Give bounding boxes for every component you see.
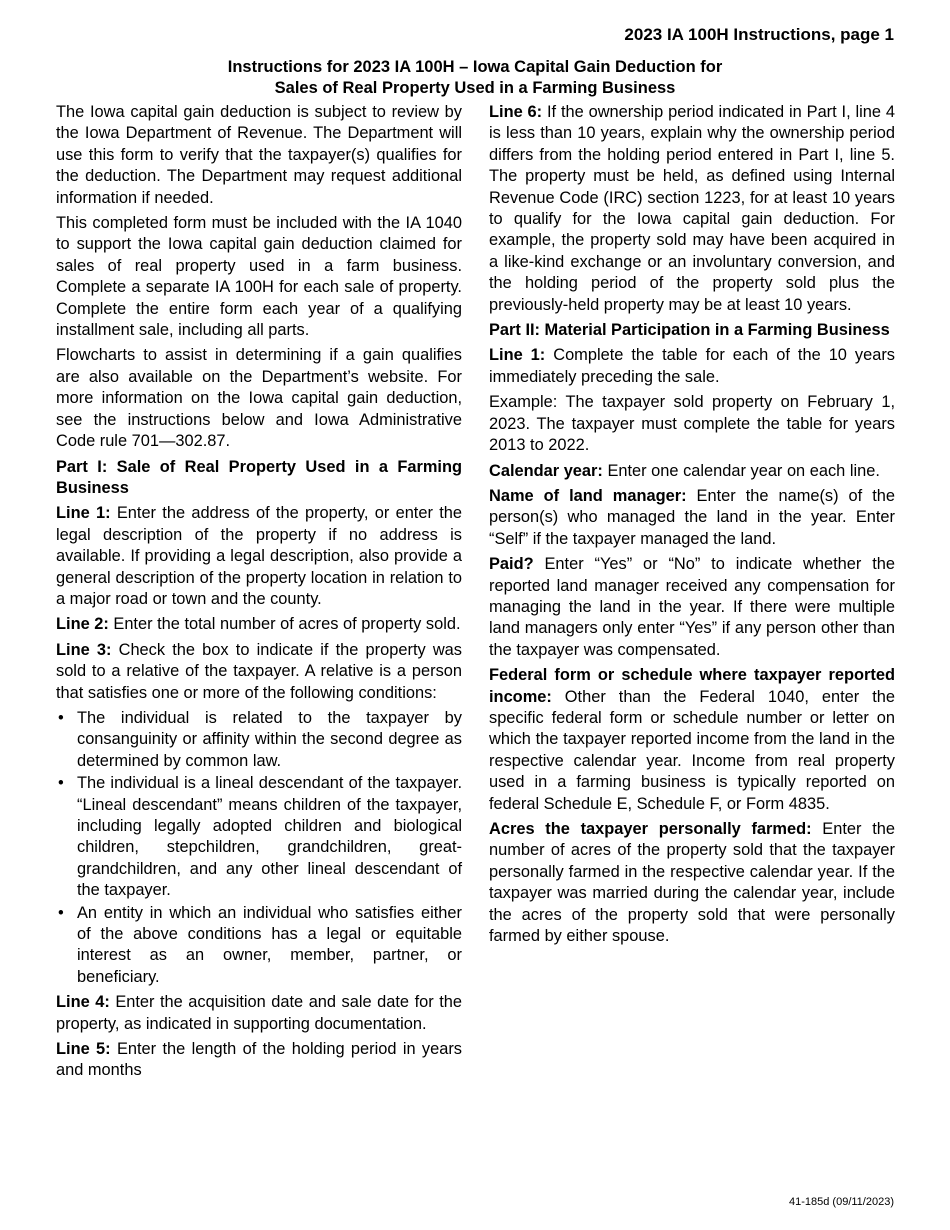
example-paragraph: Example: The taxpayer sold property on F… [489, 392, 895, 456]
line-label: Line 1: [56, 504, 111, 522]
list-item-text: The individual is a lineal descendant of… [77, 774, 462, 899]
line-text: Enter the address of the property, or en… [56, 504, 462, 608]
line-label: Line 2: [56, 615, 109, 633]
land-manager-instruction: Name of land manager: Enter the name(s) … [489, 486, 895, 550]
relative-conditions-list: • The individual is related to the taxpa… [56, 708, 462, 988]
line-label: Line 6: [489, 103, 542, 121]
field-label: Calendar year: [489, 462, 603, 480]
intro-paragraph-2: This completed form must be included wit… [56, 213, 462, 341]
line-text: Enter the acquisition date and sale date… [56, 993, 462, 1032]
line-text: Enter the total number of acres of prope… [109, 615, 461, 633]
part-1-line-4: Line 4: Enter the acquisition date and s… [56, 992, 462, 1035]
calendar-year-instruction: Calendar year: Enter one calendar year o… [489, 461, 895, 482]
document-title-line-1: Instructions for 2023 IA 100H – Iowa Cap… [0, 57, 950, 78]
federal-form-instruction: Federal form or schedule where taxpayer … [489, 665, 895, 815]
form-code-footer: 41-185d (09/11/2023) [789, 1195, 894, 1209]
acres-farmed-instruction: Acres the taxpayer personally farmed: En… [489, 819, 895, 947]
line-text: Enter the length of the holding period i… [56, 1040, 462, 1079]
part-1-line-6: Line 6: If the ownership period indicate… [489, 102, 895, 316]
list-item-text: An entity in which an individual who sat… [77, 904, 462, 986]
left-column: The Iowa capital gain deduction is subje… [56, 102, 462, 1086]
document-title-line-2: Sales of Real Property Used in a Farming… [0, 78, 950, 99]
part-1-heading: Part I: Sale of Real Property Used in a … [56, 457, 462, 500]
intro-paragraph-3: Flowcharts to assist in determining if a… [56, 345, 462, 452]
field-label: Name of land manager: [489, 487, 687, 505]
field-text: Enter the number of acres of the propert… [489, 820, 895, 945]
list-item: • An entity in which an individual who s… [56, 903, 462, 989]
field-text: Enter “Yes” or “No” to indicate whether … [489, 555, 895, 659]
part-2-line-1: Line 1: Complete the table for each of t… [489, 345, 895, 388]
part-1-line-5: Line 5: Enter the length of the holding … [56, 1039, 462, 1082]
field-text: Enter one calendar year on each line. [603, 462, 880, 480]
page-header: 2023 IA 100H Instructions, page 1 [624, 24, 894, 46]
list-item: • The individual is a lineal descendant … [56, 773, 462, 901]
part-2-heading: Part II: Material Participation in a Far… [489, 320, 895, 341]
right-column: Line 6: If the ownership period indicate… [489, 102, 895, 951]
line-label: Line 4: [56, 993, 110, 1011]
bullet-icon: • [58, 773, 64, 794]
bullet-icon: • [58, 708, 64, 729]
paid-instruction: Paid? Enter “Yes” or “No” to indicate wh… [489, 554, 895, 661]
list-item: • The individual is related to the taxpa… [56, 708, 462, 772]
line-text: If the ownership period indicated in Par… [489, 103, 895, 314]
field-text: Other than the Federal 1040, enter the s… [489, 688, 895, 813]
line-label: Line 5: [56, 1040, 111, 1058]
document-title: Instructions for 2023 IA 100H – Iowa Cap… [0, 57, 950, 99]
list-item-text: The individual is related to the taxpaye… [77, 709, 462, 770]
intro-paragraph-1: The Iowa capital gain deduction is subje… [56, 102, 462, 209]
part-1-line-3: Line 3: Check the box to indicate if the… [56, 640, 462, 704]
line-label: Line 3: [56, 641, 111, 659]
bullet-icon: • [58, 903, 64, 924]
line-text: Check the box to indicate if the propert… [56, 641, 462, 702]
part-1-line-2: Line 2: Enter the total number of acres … [56, 614, 462, 635]
field-label: Acres the taxpayer personally farmed: [489, 820, 812, 838]
line-label: Line 1: [489, 346, 545, 364]
field-label: Paid? [489, 555, 534, 573]
line-text: Complete the table for each of the 10 ye… [489, 346, 895, 385]
part-1-line-1: Line 1: Enter the address of the propert… [56, 503, 462, 610]
